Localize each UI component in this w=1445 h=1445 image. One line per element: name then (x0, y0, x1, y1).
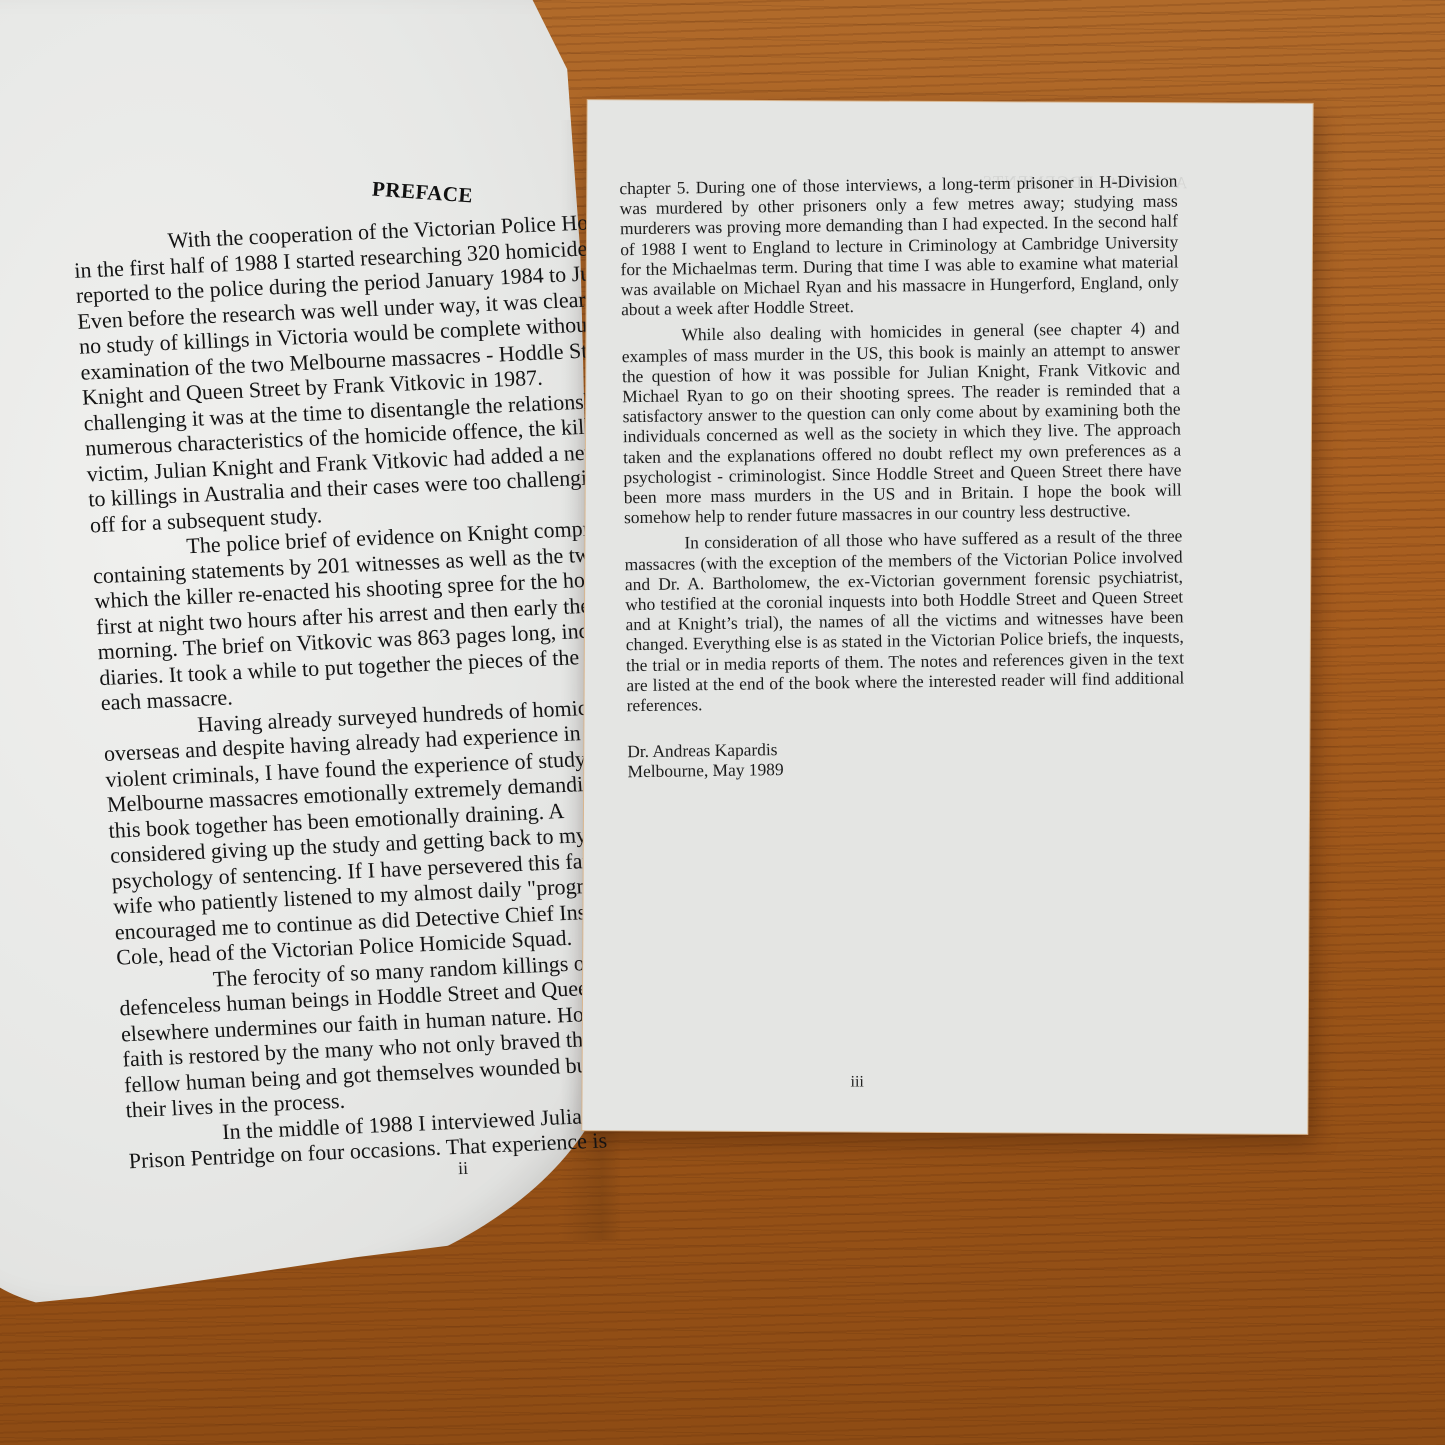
page-number-right: iii (851, 1073, 864, 1091)
paragraph: chapter 5. During one of those interview… (619, 170, 1179, 319)
author-signature: Dr. Andreas Kapardis Melbourne, May 1989 (627, 734, 1186, 782)
paragraph: While also dealing with homicides in gen… (621, 318, 1182, 528)
paragraph: In consideration of all those who have s… (624, 526, 1184, 716)
page-number-left: ii (458, 1158, 469, 1179)
right-page-text: chapter 5. During one of those interview… (619, 170, 1185, 781)
right-page: ACKNOWLEDGEMENTS chapter 5. During one o… (582, 100, 1312, 1134)
